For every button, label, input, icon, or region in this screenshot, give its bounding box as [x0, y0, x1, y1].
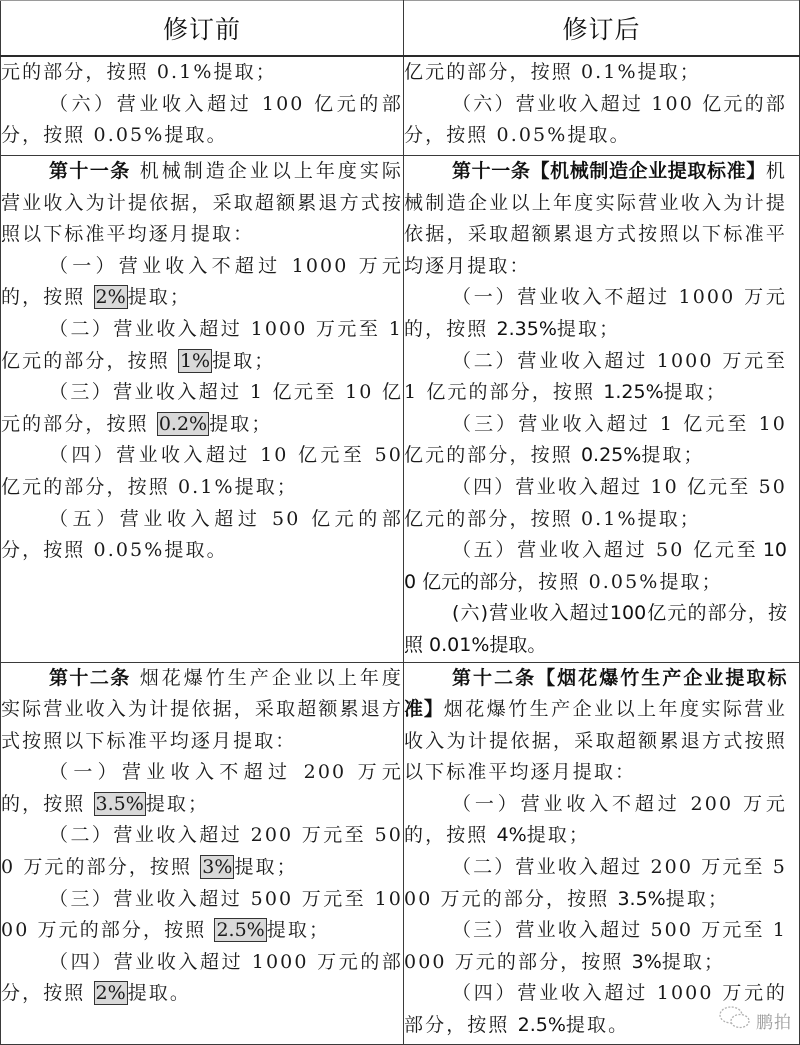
clause-text: 提取； [664, 381, 727, 403]
clause-text: 提取； [234, 856, 297, 878]
cell-after: 亿元的部分，按照 0.1%提取；（六）营业收入超过 100 亿元的部分，按照 0… [404, 56, 800, 156]
revised-text: 4% [497, 824, 527, 846]
clause-text: 元的部分，按照 0.1%提取； [1, 61, 277, 83]
clause-paragraph: （六）营业收入超过 100 亿元的部分，按照 0.05%提取。 [404, 89, 787, 152]
clause-text: 提取； [527, 824, 590, 846]
clause-paragraph: （三）营业收入超过 1 亿元至 10 亿元的部分，按照 0.25%提取； [404, 409, 787, 472]
watermark: 鹏拍 [718, 1005, 792, 1035]
clause-text: （四）营业收入超过 1000 万元的部分，按照 [1, 951, 403, 1005]
cell-before: 元的部分，按照 0.1%提取；（六）营业收入超过 100 亿元的部分，按照 0.… [1, 56, 404, 156]
header-before: 修订前 [1, 1, 404, 57]
clause-text: （四）营业收入超过 10 亿元至 50 亿元的部分，按照 0.1%提取； [404, 476, 787, 530]
cell-after: 第十一条【机械制造企业提取标准】机械制造企业以上年度实际营业收入为计提依据，采取… [404, 156, 800, 663]
clause-text: 提取； [641, 444, 704, 466]
revised-text: 1.25% [603, 381, 663, 403]
clause-text: 提取； [209, 413, 272, 435]
highlighted-rate: 0.2% [157, 412, 209, 436]
clause-paragraph: 第十二条【烟花爆竹生产企业提取标准】烟花爆竹生产企业以上年度实际营业收入为计提依… [404, 663, 787, 789]
cell-after: 第十二条【烟花爆竹生产企业提取标准】烟花爆竹生产企业以上年度实际营业收入为计提依… [404, 662, 800, 1044]
clause-paragraph: （六）营业收入超过 100 亿元的部分，按照 0.05%提取。 [1, 89, 403, 152]
clause-text: 提取。 [566, 1014, 629, 1036]
header-after: 修订后 [404, 1, 800, 57]
clause-paragraph: （一）营业收入不超过 1000 万元的，按照 2%提取； [1, 251, 403, 314]
clause-text: 提取； [128, 286, 191, 308]
highlighted-rate: 2% [94, 981, 128, 1005]
clause-text: （四）营业收入超过 10 亿元至 50 亿元的部分，按照 0.1%提取； [1, 444, 403, 498]
revised-text: 2.5% [518, 1014, 566, 1036]
clause-text: 提取； [557, 318, 620, 340]
table-row: 第十二条 烟花爆竹生产企业以上年度实际营业收入为计提依据，采取超额累退方式按照以… [1, 662, 800, 1044]
clause-text: 提取； [146, 793, 209, 815]
revised-text: (六)营业收入超过100亿元的部分，按照 0.01%提取。 [404, 602, 787, 656]
table-row: 第十一条 机械制造企业以上年度实际营业收入为计提依据，采取超额累退方式按照以下标… [1, 156, 800, 663]
clause-text: （二）营业收入超过 1000 万元至 1 亿元的部分，按照 [404, 350, 787, 404]
highlighted-rate: 3% [200, 855, 234, 879]
clause-text: （二）营业收入超过 200 万元至 500 万元的部分，按照 [404, 856, 787, 910]
clause-paragraph: 第十二条 烟花爆竹生产企业以上年度实际营业收入为计提依据，采取超额累退方式按照以… [1, 663, 403, 758]
article-title: 第十一条【机械制造企业提取标准】 [452, 160, 766, 182]
header-row: 修订前 修订后 [1, 1, 800, 57]
clause-text: （六）营业收入超过 100 亿元的部分，按照 0.05%提取。 [1, 93, 403, 147]
clause-paragraph: （二）营业收入超过 200 万元至 500 万元的部分，按照 3.5%提取； [404, 852, 787, 915]
cell-before: 第十一条 机械制造企业以上年度实际营业收入为计提依据，采取超额累退方式按照以下标… [1, 156, 404, 663]
clause-paragraph: （五）营业收入超过 50 亿元的部分，按照 0.05%提取。 [1, 504, 403, 567]
article-title: 第十一条 [49, 160, 131, 182]
revised-text: 3% [632, 951, 662, 973]
clause-text: （三）营业收入超过 500 万元至 1000 万元的部分，按照 [1, 888, 403, 942]
clause-paragraph: （一）营业收入不超过 1000 万元的，按照 2.35%提取； [404, 282, 787, 345]
wechat-bubble-icon [718, 1005, 752, 1035]
revised-text: 2.35% [497, 318, 557, 340]
clause-paragraph: 亿元的部分，按照 0.1%提取； [404, 57, 787, 89]
clause-text: 烟花爆竹生产企业以上年度实际营业收入为计提依据，采取超额累退方式按照以下标准平均… [404, 698, 787, 783]
clause-paragraph: （三）营业收入超过 500 万元至 1000 万元的部分，按照 3%提取； [404, 915, 787, 978]
clause-paragraph: (六)营业收入超过100亿元的部分，按照 0.01%提取。 [404, 598, 787, 661]
clause-text: 提取。 [128, 982, 191, 1004]
highlighted-rate: 3.5% [94, 792, 146, 816]
clause-paragraph: （三）营业收入超过 1 亿元至 10 亿元的部分，按照 0.2%提取； [1, 377, 403, 440]
clause-text: 提取； [267, 919, 330, 941]
clause-text: 亿元的部分，按照 0.1%提取； [404, 61, 701, 83]
clause-text: 提取； [662, 951, 725, 973]
clause-text: （一）营业收入不超过 1000 万元的，按照 [1, 255, 403, 309]
highlighted-rate: 2% [94, 285, 128, 309]
clause-text: 提取； [212, 350, 275, 372]
revised-text: 0.25% [581, 444, 641, 466]
clause-text: （六）营业收入超过 100 亿元的部分，按照 0.05%提取。 [404, 93, 787, 147]
clause-paragraph: 元的部分，按照 0.1%提取； [1, 57, 403, 89]
clause-text: 提取； [666, 888, 729, 910]
clause-paragraph: 第十一条【机械制造企业提取标准】机械制造企业以上年度实际营业收入为计提依据，采取… [404, 156, 787, 282]
clause-text: （五）营业收入超过 50 亿元 [452, 539, 737, 561]
clause-paragraph: 第十一条 机械制造企业以上年度实际营业收入为计提依据，采取超额累退方式按照以下标… [1, 156, 403, 251]
clause-paragraph: （一）营业收入不超过 200 万元的，按照 3.5%提取； [1, 757, 403, 820]
clause-paragraph: （二）营业收入超过 1000 万元至 1 亿元的部分，按照 1.25%提取； [404, 346, 787, 409]
article-title: 第十二条 [49, 667, 131, 689]
clause-text: （三）营业收入超过 500 万元至 1000 万元的部分，按照 [404, 919, 787, 973]
clause-paragraph: （二）营业收入超过 1000 万元至 1 亿元的部分，按照 1%提取； [1, 314, 403, 377]
revised-text: 3.5% [617, 888, 665, 910]
clause-paragraph: （二）营业收入超过 200 万元至 500 万元的部分，按照 3%提取； [1, 820, 403, 883]
table-row: 元的部分，按照 0.1%提取；（六）营业收入超过 100 亿元的部分，按照 0.… [1, 56, 800, 156]
clause-paragraph: （四）营业收入超过 10 亿元至 50 亿元的部分，按照 0.1%提取； [404, 472, 787, 535]
clause-text: ，按照 0.05%提取； [517, 571, 723, 593]
clause-paragraph: （五）营业收入超过 50 亿元至 100 亿元的部分，按照 0.05%提取； [404, 535, 787, 598]
highlighted-rate: 1% [178, 349, 212, 373]
clause-paragraph: （一）营业收入不超过 200 万元的，按照 4%提取； [404, 789, 787, 852]
watermark-text: 鹏拍 [756, 1008, 792, 1033]
cell-before: 第十二条 烟花爆竹生产企业以上年度实际营业收入为计提依据，采取超额累退方式按照以… [1, 662, 404, 1044]
revision-comparison-table: 修订前 修订后 元的部分，按照 0.1%提取；（六）营业收入超过 100 亿元的… [0, 0, 800, 1045]
clause-paragraph: （四）营业收入超过 1000 万元的部分，按照 2%提取。 [1, 947, 403, 1010]
highlighted-rate: 2.5% [214, 918, 266, 942]
clause-paragraph: （三）营业收入超过 500 万元至 1000 万元的部分，按照 2.5%提取； [1, 884, 403, 947]
clause-text: （五）营业收入超过 50 亿元的部分，按照 0.05%提取。 [1, 508, 403, 562]
clause-text: （一）营业收入不超过 200 万元的，按照 [404, 793, 787, 847]
clause-paragraph: （四）营业收入超过 10 亿元至 50 亿元的部分，按照 0.1%提取； [1, 440, 403, 503]
